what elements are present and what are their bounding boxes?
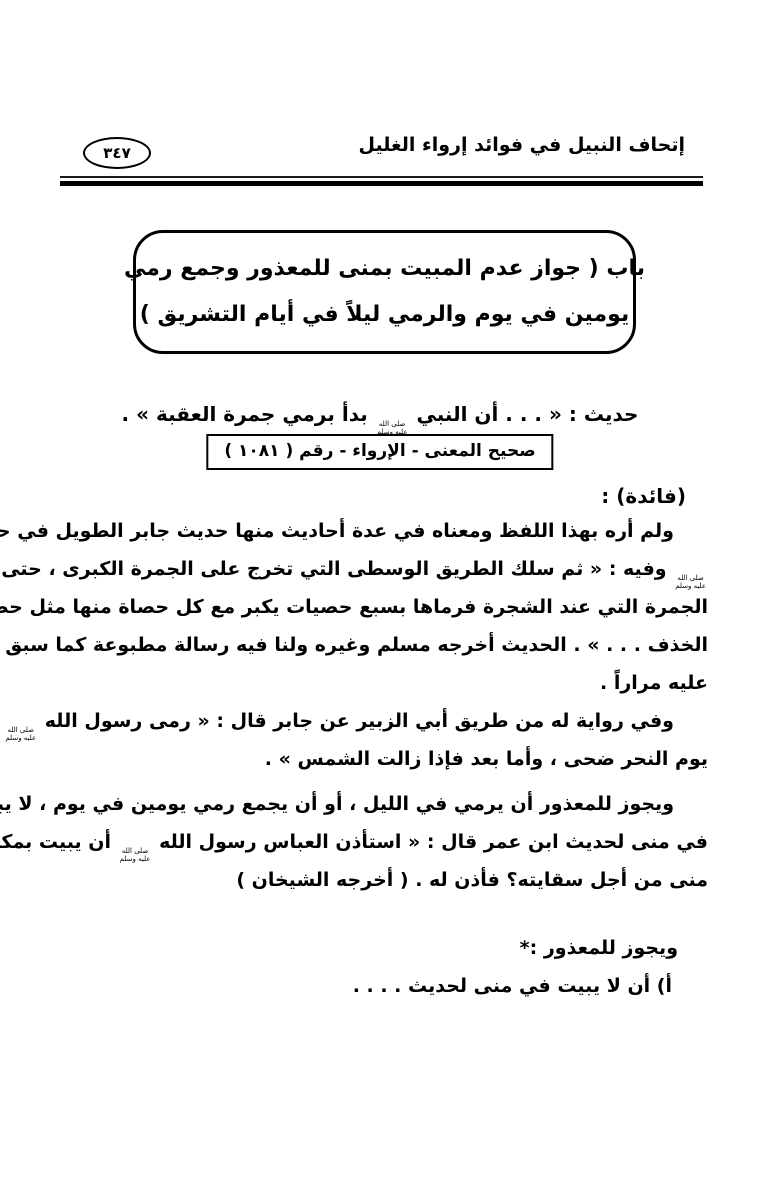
body-line: ويجوز للمعذور أن يرمي في الليل ، أو أن ي…	[60, 785, 708, 823]
body-line-text: وفي رواية له من طريق أبي الزبير عن جابر …	[38, 710, 674, 732]
grading-text: صحيح المعنى - الإرواء - رقم ( ١٠٨١ )	[224, 441, 535, 461]
body-line-text: أن يبيت بمكة ليالي	[0, 831, 118, 853]
body-line: ولم أره بهذا اللفظ ومعناه في عدة أحاديث …	[60, 512, 708, 550]
chapter-title-box: باب ( جواز عدم المبيت بمنى للمعذور وجمع …	[133, 230, 636, 354]
body-text: ولم أره بهذا اللفظ ومعناه في عدة أحاديث …	[60, 512, 708, 1005]
paragraph-1: ولم أره بهذا اللفظ ومعناه في عدة أحاديث …	[60, 512, 708, 702]
chapter-title-line-2: يومين في يوم والرمي ليلاً في أيام التشري…	[140, 292, 629, 338]
saw-bottom: عليه وسلم	[5, 735, 36, 743]
header-rule-thin	[60, 176, 703, 178]
hadith-text-end: بدأ برمي جمرة العقبة » .	[122, 402, 375, 426]
note-line: أ) أن لا يبيت في منى لحديث . . . .	[60, 967, 708, 1005]
saw-bottom: عليه وسلم	[120, 856, 151, 864]
body-line-text: في منى لحديث ابن عمر قال : « استأذن العب…	[152, 831, 708, 853]
grading-box: صحيح المعنى - الإرواء - رقم ( ١٠٨١ )	[206, 434, 553, 470]
chapter-title-line-1: باب ( جواز عدم المبيت بمنى للمعذور وجمع …	[124, 246, 645, 292]
body-line: يوم النحر ضحى ، وأما بعد فإذا زالت الشمس…	[60, 740, 708, 778]
body-line-text: وفيه : « ثم سلك الطريق الوسطى التي تخرج …	[0, 558, 673, 580]
hadith-text-start: حديث : « . . . أن النبي	[410, 402, 639, 426]
faidah-heading: (فائدة) :	[60, 484, 708, 508]
body-line: الجمرة التي عند الشجرة فرماها بسبع حصيات…	[60, 588, 708, 626]
book-page: إتحاف النبيل في فوائد إرواء الغليل ٣٤٧ ب…	[0, 0, 760, 1185]
body-line: عليه مراراً .	[60, 664, 708, 702]
hadith-line: حديث : « . . . أن النبي صلى اللهعليه وسل…	[0, 395, 760, 436]
header-divider	[60, 176, 703, 186]
body-line: الخذف . . . » . الحديث أخرجه مسلم وغيره …	[60, 626, 708, 664]
footnote-block: ويجوز للمعذور :* أ) أن لا يبيت في منى لح…	[60, 929, 708, 1005]
note-line: ويجوز للمعذور :*	[60, 929, 708, 967]
paragraph-2: وفي رواية له من طريق أبي الزبير عن جابر …	[60, 702, 708, 778]
body-line: وفي رواية له من طريق أبي الزبير عن جابر …	[60, 702, 708, 740]
body-line-text: الجمرة	[0, 710, 3, 732]
page-number: ٣٤٧	[103, 144, 130, 162]
body-line: في منى لحديث ابن عمر قال : « استأذن العب…	[60, 823, 708, 861]
paragraph-3: ويجوز للمعذور أن يرمي في الليل ، أو أن ي…	[60, 785, 708, 899]
saw-ligature: صلى اللهعليه وسلم	[120, 848, 151, 863]
saw-bottom: عليه وسلم	[675, 583, 706, 591]
page-number-badge: ٣٤٧	[83, 137, 151, 169]
body-line: صلى اللهعليه وسلم وفيه : « ثم سلك الطريق…	[60, 550, 708, 588]
body-line: منى من أجل سقايته؟ فأذن له . ( أخرجه الش…	[60, 861, 708, 899]
header-rule-thick	[60, 181, 703, 186]
book-title-header: إتحاف النبيل في فوائد إرواء الغليل	[359, 134, 685, 156]
saw-ligature: صلى اللهعليه وسلم	[5, 727, 36, 742]
saw-ligature: صلى اللهعليه وسلم	[675, 575, 706, 590]
